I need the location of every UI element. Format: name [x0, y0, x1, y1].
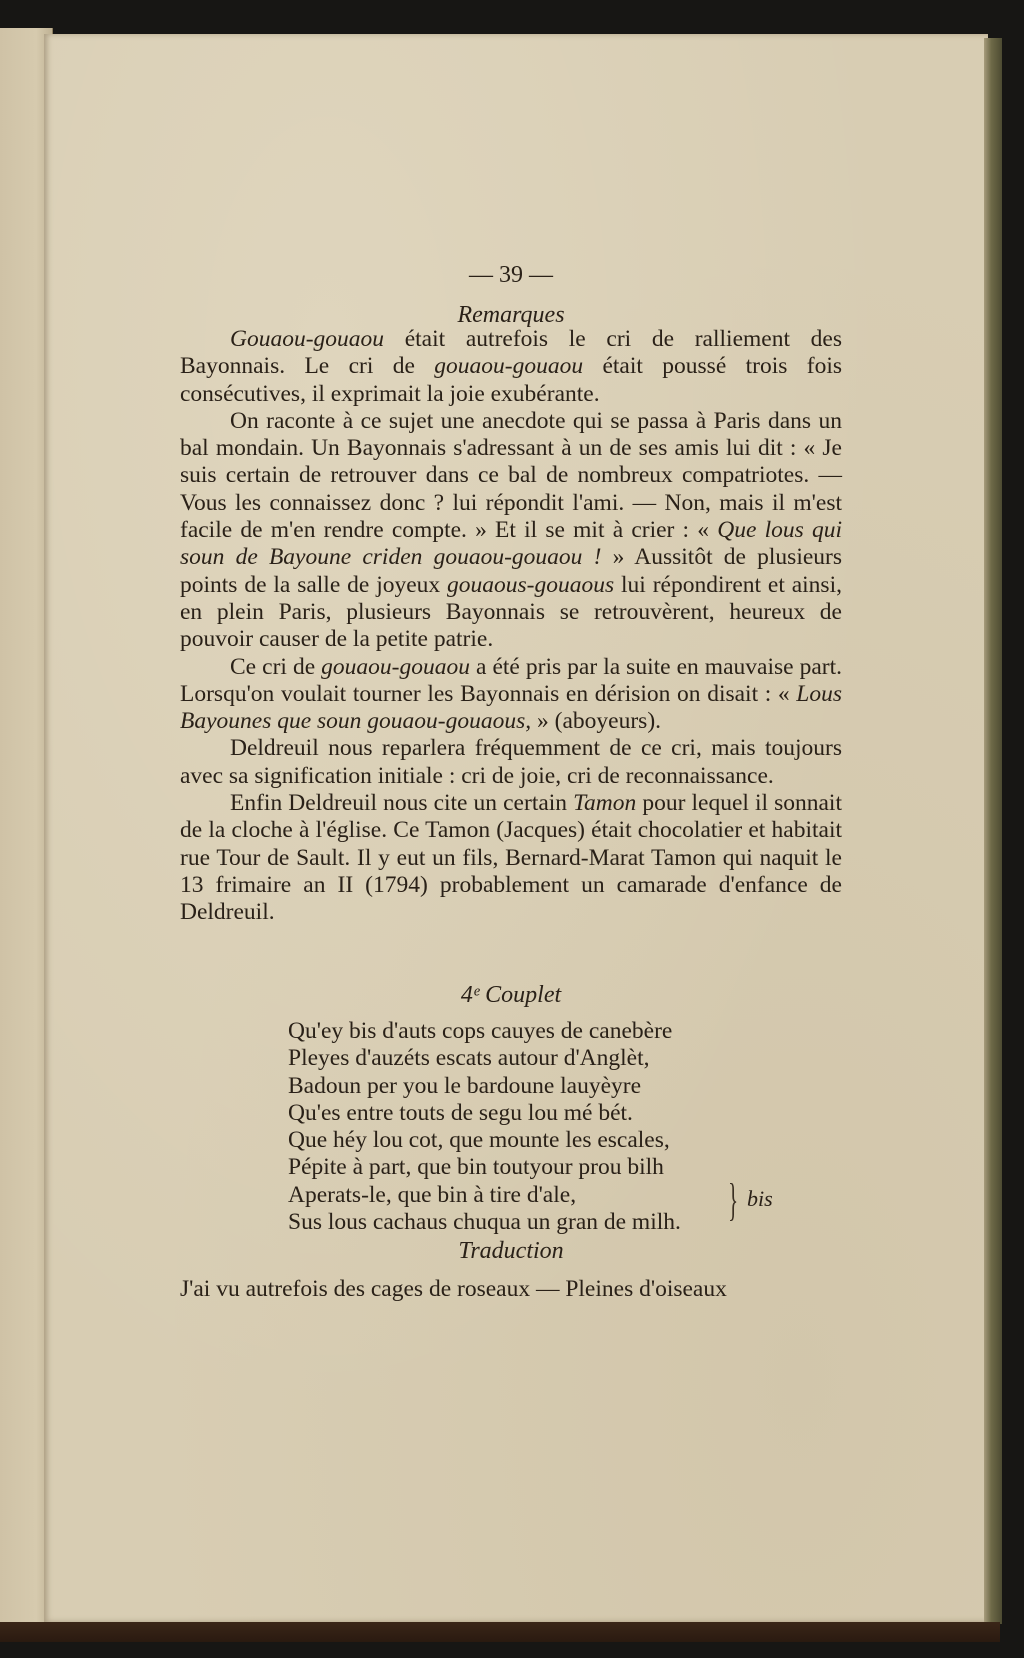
italic-term: gouaou-gouaou	[321, 654, 470, 680]
paragraph: On raconte à ce sujet une anecdote qui s…	[180, 408, 842, 654]
page-stack-edge	[984, 38, 1002, 1624]
verse-line: Aperats-le, que bin à tire d'ale,	[288, 1182, 708, 1209]
verse-line: Qu'es entre touts de segu lou mé bét.	[288, 1100, 708, 1127]
verse-line: Que héy lou cot, que mounte les escales,	[288, 1127, 708, 1154]
translation-first-line: J'ai vu autrefois des cages de roseaux —…	[180, 1276, 842, 1303]
paragraph: Enfin Deldreuil nous cite un certain Tam…	[180, 790, 842, 926]
translation-title: Traduction	[180, 1238, 842, 1265]
verse-line: Pépite à part, que bin toutyour prou bil…	[288, 1154, 708, 1181]
italic-term: gouaous-gouaous	[447, 572, 614, 598]
verse-stanza: Qu'ey bis d'auts cops cauyes de canebère…	[288, 1018, 708, 1236]
book-bottom-edge	[0, 1622, 1000, 1642]
repeat-bracket: }	[728, 1177, 738, 1223]
italic-term: gouaou-gouaou	[434, 353, 583, 379]
italic-term: Tamon	[573, 790, 636, 816]
couplet-title: 4ᵉ Couplet	[180, 982, 842, 1009]
italic-term: Gouaou-gouaou	[230, 326, 384, 352]
text-run: Enfin Deldreuil nous cite un certain	[230, 790, 573, 816]
verse-line: Qu'ey bis d'auts cops cauyes de canebère	[288, 1018, 708, 1045]
text-run: » (aboyeurs).	[531, 708, 661, 734]
verse-line: Badoun per you le bardoune lauyèyre	[288, 1073, 708, 1100]
paragraph: Ce cri de gouaou-gouaou a été pris par l…	[180, 654, 842, 736]
text-run: Ce cri de	[230, 654, 321, 680]
paragraph: Deldreuil nous reparlera fréquemment de …	[180, 735, 842, 790]
verse-line: Sus lous cachaus chuqua un gran de milh.	[288, 1209, 708, 1236]
page-number: — 39 —	[180, 262, 842, 289]
repeat-label: bis	[747, 1186, 773, 1212]
verse-line: Pleyes d'auzéts escats autour d'Anglèt,	[288, 1045, 708, 1072]
section-title: Remarques	[180, 302, 842, 329]
text-run: Deldreuil nous reparlera fréquemment de …	[180, 735, 842, 788]
book-page: — 39 — Remarques Gouaou-gouaou était aut…	[44, 34, 988, 1622]
paragraph: Gouaou-gouaou était autrefois le cri de …	[180, 326, 842, 408]
remarks-body: Gouaou-gouaou était autrefois le cri de …	[180, 326, 842, 927]
